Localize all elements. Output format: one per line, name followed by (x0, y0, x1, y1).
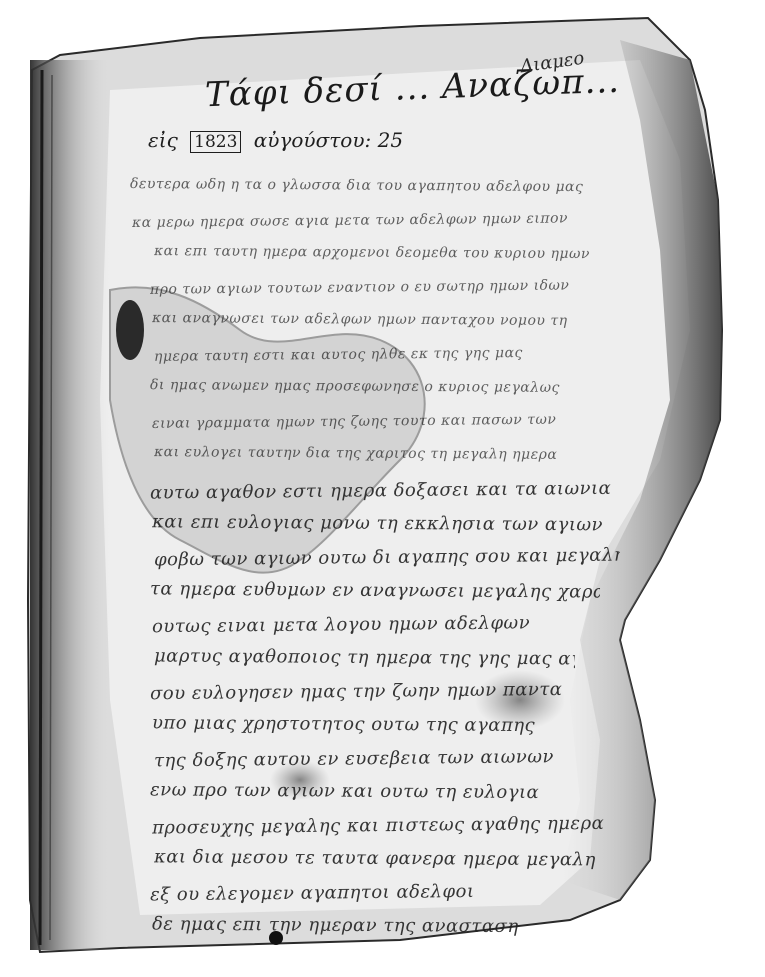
manuscript-line: εξ ου ελεγομεν αγαπητοι αδελφοι (150, 879, 600, 905)
manuscript-line: μαρτυς αγαθοποιος τη ημερα της γης μας α… (154, 646, 575, 670)
manuscript-line: σου ευλογησεν ημας την ζωην ημων παντα (150, 678, 580, 704)
manuscript-line: προσευχης μεγαλης και πιστεως αγαθης ημε… (152, 812, 640, 838)
manuscript-line: και επι ευλογιας μονω τη εκκλησια των αγ… (152, 511, 640, 535)
manuscript-line: και δια μεσου τε ταυτα φανερα ημερα μεγα… (154, 846, 630, 870)
manuscript-photo: Τάφι δεσί ... Αναζωπ... Διαμεο εἰς 1823 … (0, 0, 765, 977)
manuscript-line: υπο μιας χρηστοτητος ουτω της αγαπης (152, 712, 600, 736)
manuscript-line: ουτως ειναι μετα λογου ημων αδελφων (152, 611, 590, 637)
manuscript-line: της δοξης αυτου εν ευσεβεια των αιωνων (154, 745, 620, 771)
manuscript-line: τα ημερα ευθυμων εν αναγνωσει μεγαλης χα… (150, 578, 600, 602)
manuscript-line: ενω προ των αγιων και ουτω τη ευλογια (150, 779, 630, 803)
date-line: εἰς 1823 αὐγούστου: 25 (148, 128, 403, 153)
manuscript-line: δε ημας επι την ημεραν της ανασταση (152, 914, 570, 938)
date-suffix: αὐγούστου: 25 (254, 128, 403, 152)
date-prefix: εἰς (148, 128, 178, 152)
boxed-year: 1823 (190, 131, 241, 153)
manuscript-line: φοβω των αγιων ουτω δι αγαπης σου και με… (154, 544, 620, 570)
